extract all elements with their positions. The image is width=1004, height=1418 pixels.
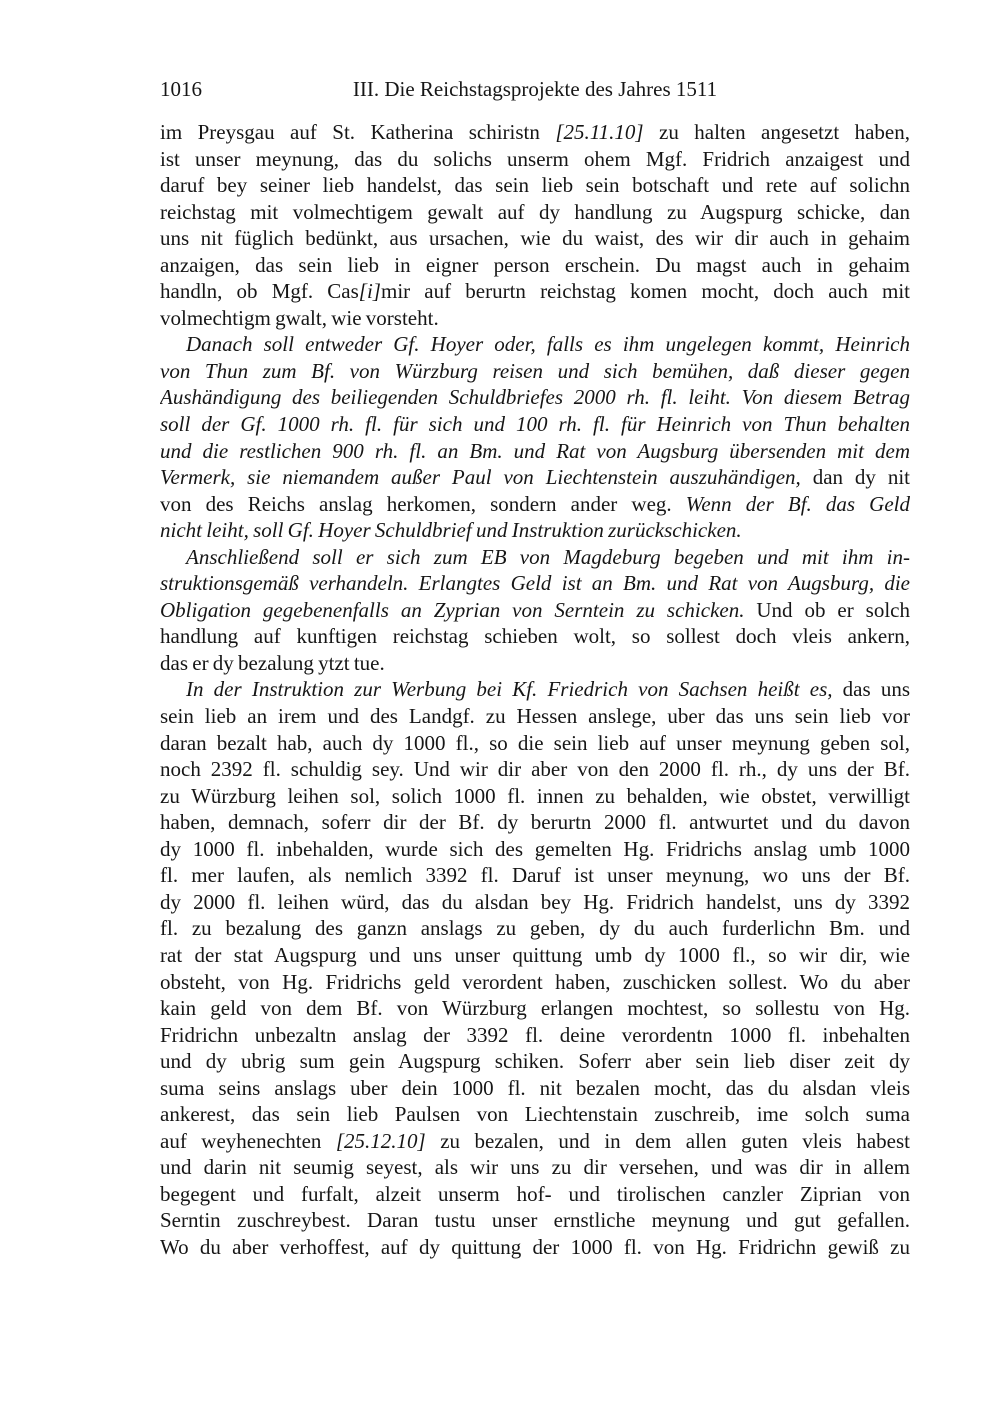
text-run: und darin nit seumig seyest, als wir uns… [160, 1155, 910, 1179]
italic-text-run: Aushändigung des beiliegenden Schuldbrie… [160, 385, 910, 409]
text-run: noch 2392 fl. schuldig sey. Und wir dir … [160, 757, 910, 781]
italic-text-run: Danach soll entweder Gf. Hoyer oder, fal… [186, 332, 910, 356]
text-run: obsteht, von Hg. Fridrichs geld verorden… [160, 970, 910, 994]
running-head: III. Die Reichstagsprojekte des Jahres 1… [160, 76, 910, 102]
text-line: begegent und furfalt, alzeit unserm hof-… [160, 1181, 910, 1208]
text-run: sein lieb an irem und des Landgf. zu Hes… [160, 704, 910, 728]
text-line: noch 2392 fl. schuldig sey. Und wir dir … [160, 756, 910, 783]
italic-text-run: Wenn der Bf. das Geld [686, 492, 910, 516]
text-line: daruf bey seiner lieb handelst, das sein… [160, 172, 910, 199]
page-header: 1016 III. Die Reichstagsprojekte des Jah… [160, 76, 910, 102]
text-run: von des Reichs anslag herkomen, sondern … [160, 492, 686, 516]
text-line: von des Reichs anslag herkomen, sondern … [160, 491, 910, 518]
text-block: im Preysgau auf St. Katherina schiristn … [160, 119, 910, 1261]
text-run: das uns [833, 677, 911, 701]
text-run: haben, demnach, soferr dir der Bf. dy be… [160, 810, 910, 834]
text-line: auf weyhenechten [25.12.10] zu bezalen, … [160, 1128, 910, 1155]
italic-text-run: soll der Gf. 1000 rh. fl. für sich und 1… [160, 412, 910, 436]
text-run: handlung auf kunftigen reichstag schiebe… [160, 624, 910, 648]
text-line: und die restlichen 900 rh. fl. an Bm. un… [160, 438, 910, 465]
italic-text-run: [25.12.10] [336, 1129, 426, 1153]
text-line: Aushändigung des beiliegenden Schuldbrie… [160, 384, 910, 411]
text-run: kain geld von dem Bf. von Würzburg erlan… [160, 996, 910, 1020]
text-line: struktionsgemäß verhandeln. Erlangtes Ge… [160, 570, 910, 597]
text-line: uns nit füglich bedünkt, aus ursachen, w… [160, 225, 910, 252]
text-run: handln, ob Mgf. Cas [160, 279, 359, 303]
text-run: dy 1000 fl. inbehalden, wurde sich des g… [160, 837, 910, 861]
book-page: 1016 III. Die Reichstagsprojekte des Jah… [0, 0, 1004, 1418]
text-line: haben, demnach, soferr dir der Bf. dy be… [160, 809, 910, 836]
text-run: begegent und furfalt, alzeit unserm hof-… [160, 1182, 910, 1206]
text-line: anzaigen, das sein lieb in eigner person… [160, 252, 910, 279]
text-run: zu halten angesetzt haben, [644, 120, 910, 144]
text-line: Serntin zuschreybest. Daran tustu unser … [160, 1207, 910, 1234]
text-run: reichstag mit volmechtigem gewalt auf dy… [160, 200, 910, 224]
text-line: das er dy bezalung ytzt tue. [160, 650, 910, 677]
text-line: sein lieb an irem und des Landgf. zu Hes… [160, 703, 910, 730]
italic-text-run: Obligation gegebenenfalls an Zyprian von… [160, 598, 744, 622]
text-run: dy 2000 fl. leihen würd, das du alsdan b… [160, 890, 910, 914]
text-line: kain geld von dem Bf. von Würzburg erlan… [160, 995, 910, 1022]
text-line: reichstag mit volmechtigem gewalt auf dy… [160, 199, 910, 226]
italic-text-run: [i] [359, 279, 381, 303]
text-line: volmechtigm gwalt, wie vorsteht. [160, 305, 910, 332]
text-run: fl. mer laufen, als nemlich 3392 fl. Dar… [160, 863, 910, 887]
text-line: Fridrichn unbezaltn anslag der 3392 fl. … [160, 1022, 910, 1049]
text-line: handlung auf kunftigen reichstag schiebe… [160, 623, 910, 650]
text-run: volmechtigm gwalt, wie vorsteht. [160, 306, 439, 330]
text-run: Wo du aber verhoffest, auf dy quittung d… [160, 1235, 910, 1259]
text-line: nicht leiht, soll Gf. Hoyer Schuldbrief … [160, 517, 910, 544]
text-line: im Preysgau auf St. Katherina schiristn … [160, 119, 910, 146]
text-run: daran bezalt hab, auch dy 1000 fl., so d… [160, 731, 910, 755]
text-line: von Thun zum Bf. von Würzburg reisen und… [160, 358, 910, 385]
text-line: fl. mer laufen, als nemlich 3392 fl. Dar… [160, 862, 910, 889]
text-run: Fridrichn unbezaltn anslag der 3392 fl. … [160, 1023, 910, 1047]
text-run: das er dy bezalung ytzt tue. [160, 651, 385, 675]
italic-text-run: von Thun zum Bf. von Würzburg reisen und… [160, 359, 910, 383]
text-line: und darin nit seumig seyest, als wir uns… [160, 1154, 910, 1181]
text-line: suma seins anslags uber dein 1000 fl. ni… [160, 1075, 910, 1102]
text-line: dy 1000 fl. inbehalden, wurde sich des g… [160, 836, 910, 863]
text-run: Und ob er solch [744, 598, 910, 622]
italic-text-run: struktionsgemäß verhandeln. Erlangtes Ge… [160, 571, 910, 595]
text-line: ankerest, das sein lieb Paulsen von Liec… [160, 1101, 910, 1128]
italic-text-run: nicht leiht, soll Gf. Hoyer Schuldbrief … [160, 518, 742, 542]
text-line: In der Instruktion zur Werbung bei Kf. F… [160, 676, 910, 703]
text-line: Obligation gegebenenfalls an Zyprian von… [160, 597, 910, 624]
italic-text-run: In der Instruktion zur Werbung bei Kf. F… [186, 677, 833, 701]
text-line: zu Würzburg leihen sol, solich 1000 fl. … [160, 783, 910, 810]
text-line: soll der Gf. 1000 rh. fl. für sich und 1… [160, 411, 910, 438]
text-line: dy 2000 fl. leihen würd, das du alsdan b… [160, 889, 910, 916]
text-run: im Preysgau auf St. Katherina schiristn [160, 120, 555, 144]
italic-text-run: [25.11.10] [555, 120, 643, 144]
text-line: daran bezalt hab, auch dy 1000 fl., so d… [160, 730, 910, 757]
text-run: zu bezalen, und in dem allen guten vleis… [426, 1129, 910, 1153]
text-line: Wo du aber verhoffest, auf dy quittung d… [160, 1234, 910, 1261]
italic-text-run: Vermerk, sie niemandem außer Paul von Li… [160, 465, 801, 489]
text-run: dan dy nit [801, 465, 910, 489]
text-line: Danach soll entweder Gf. Hoyer oder, fal… [160, 331, 910, 358]
text-run: rat der stat Augspurg und uns unser quit… [160, 943, 910, 967]
text-run: zu Würzburg leihen sol, solich 1000 fl. … [160, 784, 910, 808]
text-run: auf weyhenechten [160, 1129, 336, 1153]
italic-text-run: Anschließend soll er sich zum EB von Mag… [186, 545, 910, 569]
text-run: uns nit füglich bedünkt, aus ursachen, w… [160, 226, 910, 250]
italic-text-run: und die restlichen 900 rh. fl. an Bm. un… [160, 439, 910, 463]
text-run: ist unser meynung, das du solichs unserm… [160, 147, 910, 171]
text-run: anzaigen, das sein lieb in eigner person… [160, 253, 910, 277]
text-run: und dy ubrig sum gein Augspurg schiken. … [160, 1049, 910, 1073]
text-line: Vermerk, sie niemandem außer Paul von Li… [160, 464, 910, 491]
text-run: Serntin zuschreybest. Daran tustu unser … [160, 1208, 910, 1232]
text-line: handln, ob Mgf. Cas[i]mir auf berurtn re… [160, 278, 910, 305]
text-run: ankerest, das sein lieb Paulsen von Liec… [160, 1102, 910, 1126]
text-line: obsteht, von Hg. Fridrichs geld verorden… [160, 969, 910, 996]
text-line: Anschließend soll er sich zum EB von Mag… [160, 544, 910, 571]
text-line: ist unser meynung, das du solichs unserm… [160, 146, 910, 173]
text-run: mir auf berurtn reichstag komen mocht, d… [381, 279, 910, 303]
text-run: daruf bey seiner lieb handelst, das sein… [160, 173, 910, 197]
text-line: fl. zu bezalung des ganzn anslags zu geb… [160, 915, 910, 942]
text-line: und dy ubrig sum gein Augspurg schiken. … [160, 1048, 910, 1075]
text-run: fl. zu bezalung des ganzn anslags zu geb… [160, 916, 910, 940]
text-line: rat der stat Augspurg und uns unser quit… [160, 942, 910, 969]
text-run: suma seins anslags uber dein 1000 fl. ni… [160, 1076, 910, 1100]
